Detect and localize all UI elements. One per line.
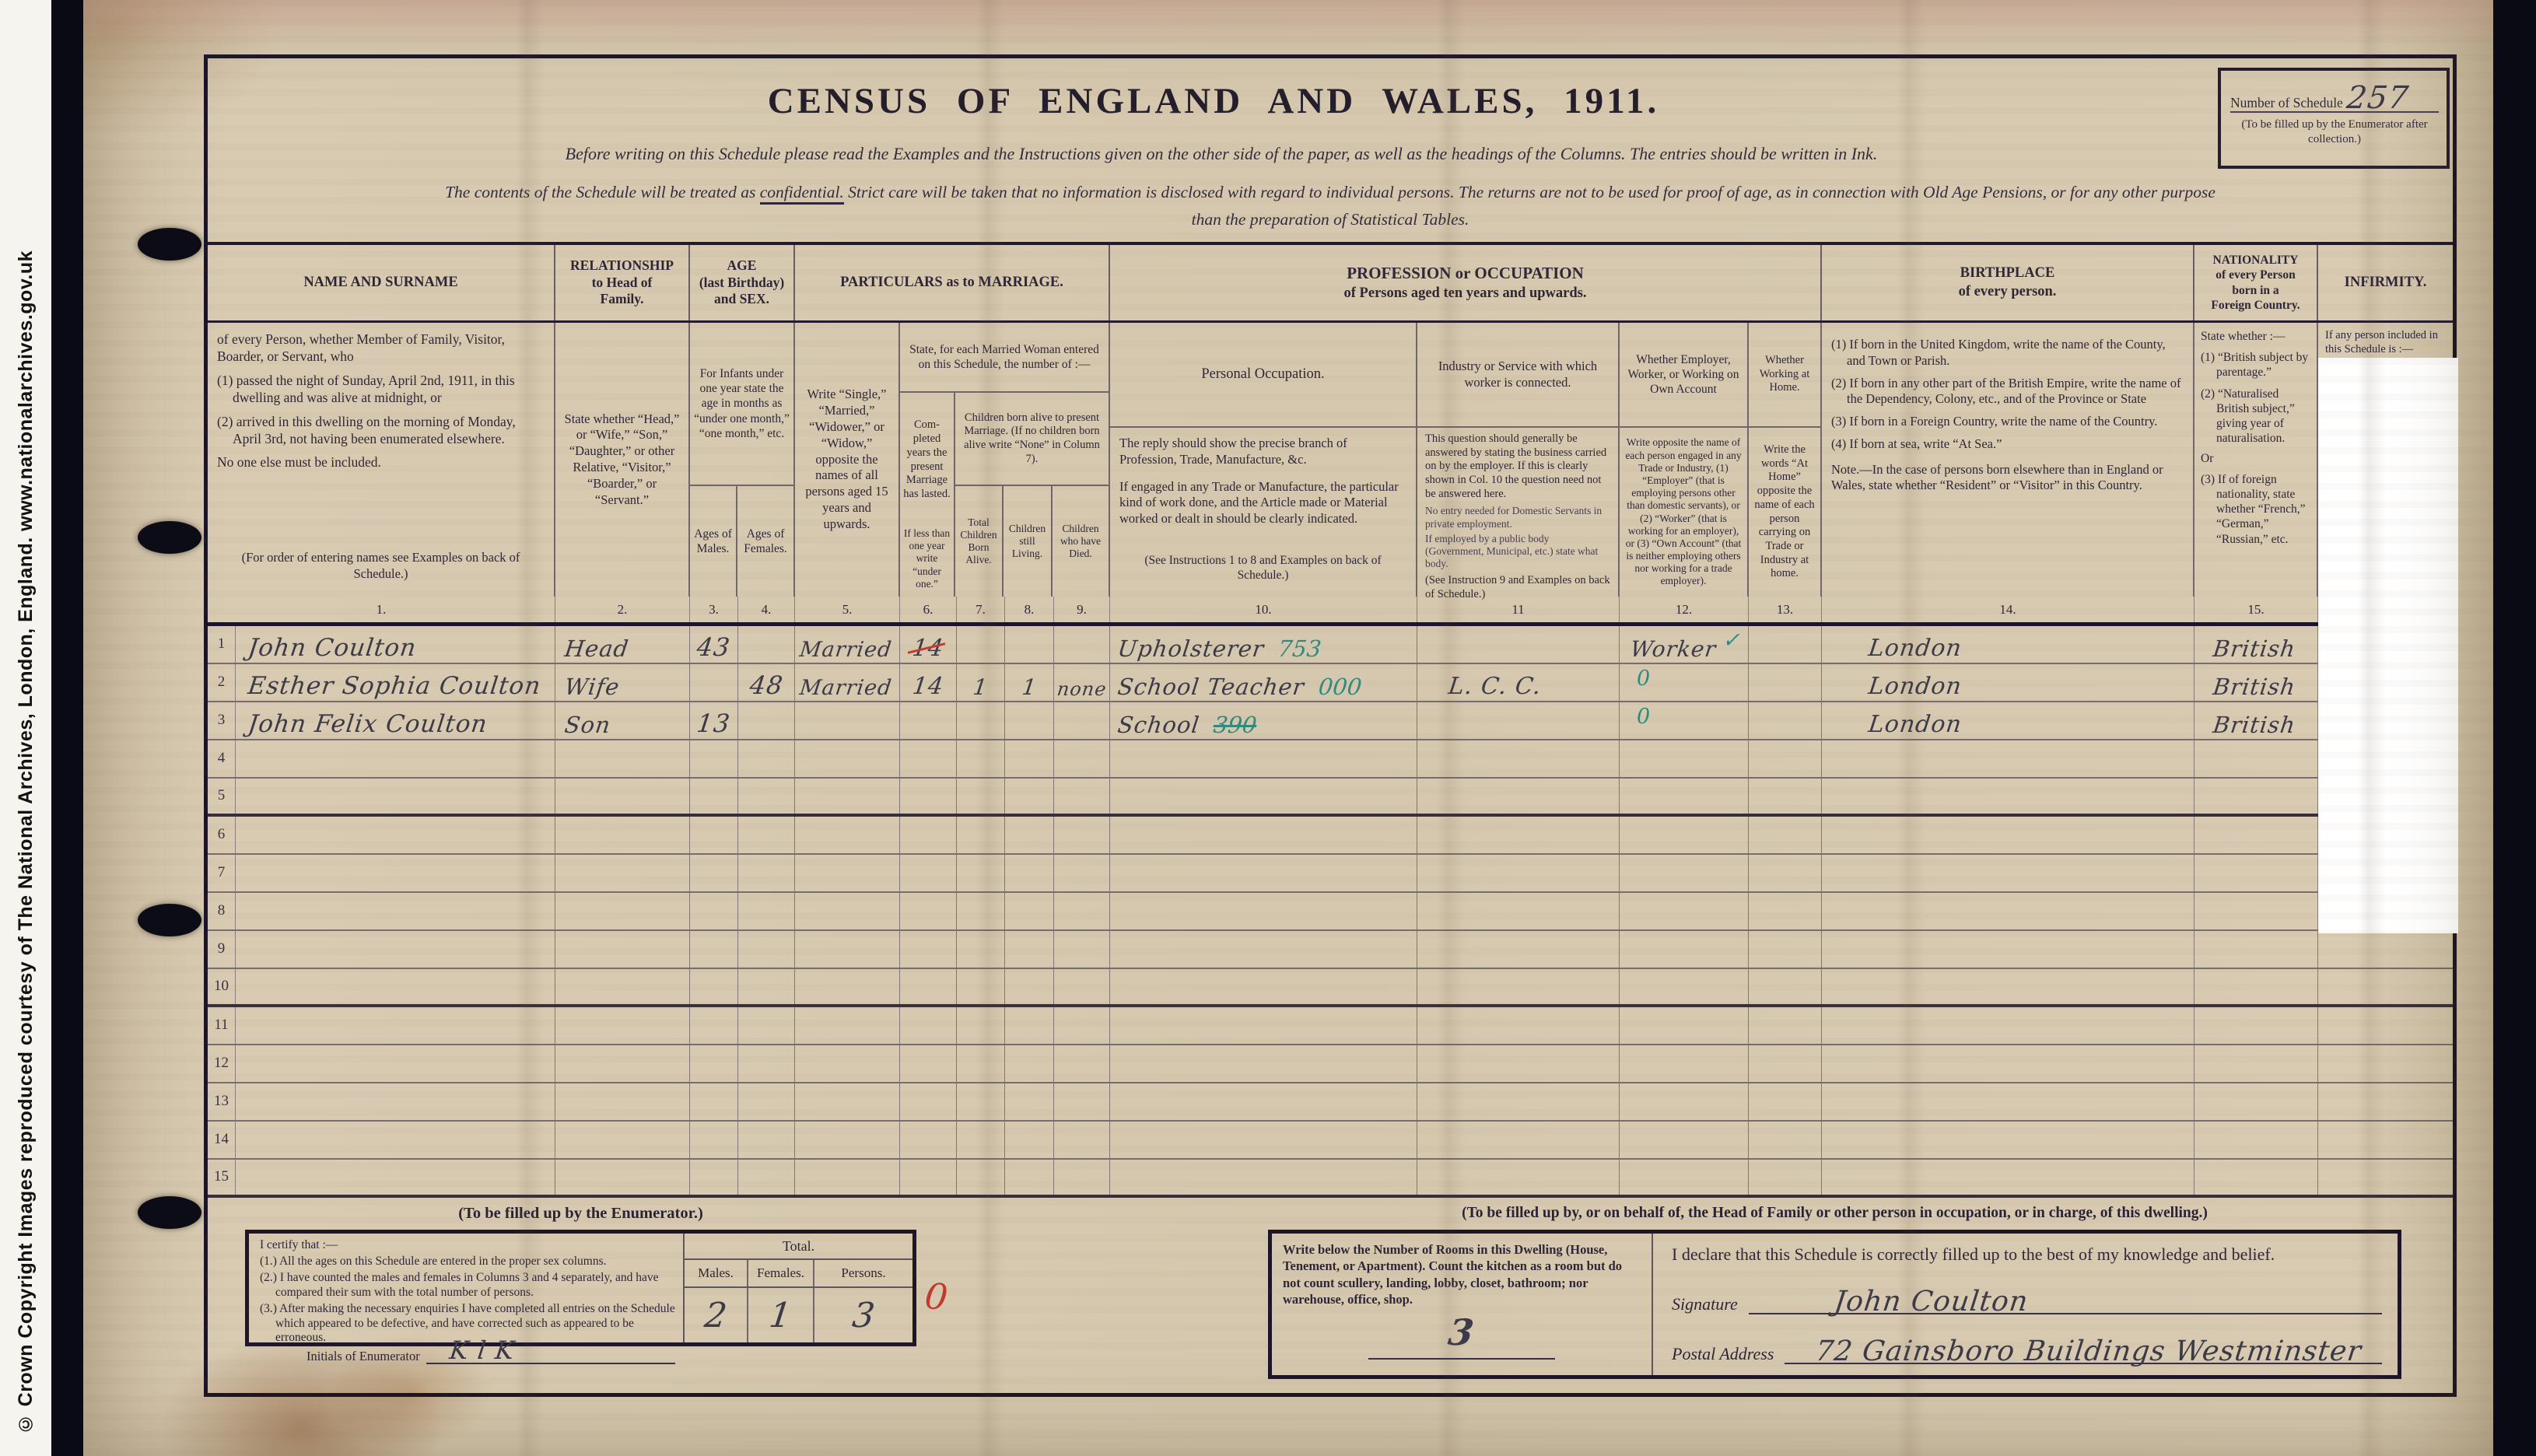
col-num-11: 11 [1417, 597, 1620, 622]
cell-age-female: 48 [748, 670, 784, 700]
census-paper: CENSUS OF ENGLAND AND WALES, 1911. Numbe… [83, 0, 2493, 1456]
punch-hole [138, 904, 201, 936]
females-label: Females. [748, 1260, 814, 1286]
desc-home-body: Write the words “At Home” opposite the n… [1749, 428, 1820, 597]
cell-age-male: 13 [695, 709, 732, 738]
col-num-12: 12. [1620, 597, 1749, 622]
table-rows: 1 John Coulton Head 43 Married 14 Uphols… [208, 626, 2453, 1198]
initials-value: K l K [447, 1335, 516, 1366]
rooms-value: 3 [1446, 1310, 1477, 1356]
persons-value: 3 [849, 1296, 877, 1335]
table-row: 13 [208, 1083, 2453, 1122]
signature-row: Signature John Coulton [1672, 1291, 2382, 1314]
cell-occupation: Upholsterer [1116, 635, 1266, 662]
desc-birth-i1: (1) If born in the United Kingdom, write… [1831, 337, 2184, 369]
desc-nat-i1: (1) “British subject by parentage.” [2201, 350, 2310, 380]
desc-nat-p1: State whether :— [2201, 329, 2310, 344]
household-box: Write below the Number of Rooms in this … [1268, 1230, 2401, 1379]
cell-industry: L. C. C. [1447, 673, 1543, 700]
scan-edge-left [51, 0, 83, 1456]
cell-infirmity [2318, 1122, 2453, 1158]
postal-address-value: 72 Gainsboro Buildings Westminster [1814, 1335, 2364, 1367]
col-num-13: 13. [1749, 597, 1822, 622]
cell-occupation: School Teacher [1116, 674, 1306, 700]
table-row: 15 [208, 1160, 2453, 1198]
cell-name: John Felix Coulton [247, 710, 489, 738]
row-number: 1 [208, 626, 236, 663]
enumerator-section-header: (To be filled up by the Enumerator.) [245, 1205, 916, 1223]
desc-age-infants: For Infants under one year state the age… [690, 323, 793, 486]
cell-relationship: Wife [563, 674, 622, 700]
col-num-14: 14. [1822, 597, 2194, 622]
cell-employment-mark: 0 [1637, 705, 1650, 729]
cell-children-living: 1 [1021, 674, 1039, 700]
schedule-number-label: Number of Schedule [2230, 95, 2343, 111]
row-number: 5 [208, 779, 236, 814]
enumerator-totals: Total. Males. Females. Persons. 2 1 3 [685, 1234, 912, 1342]
confidential-line2: than the preparation of Statistical Tabl… [215, 210, 2445, 229]
table-row: 6 [208, 817, 2453, 855]
col-num-5: 5. [795, 597, 900, 622]
row-number: 9 [208, 931, 236, 968]
row-number: 7 [208, 855, 236, 891]
row-number: 2 [208, 664, 236, 701]
row-number: 13 [208, 1083, 236, 1120]
desc-relationship: State whether “Head,” or “Wife,” “Son,” … [555, 323, 690, 597]
desc-children-living: Children still Living. [1004, 486, 1053, 597]
desc-home: Whether Working at Home. Write the words… [1749, 323, 1822, 597]
desc-occ-p2: If engaged in any Trade or Manufacture, … [1119, 479, 1406, 527]
signature-label: Signature [1672, 1294, 1738, 1314]
redaction-box [2318, 358, 2458, 933]
desc-industry-body: This question should generally be answer… [1417, 428, 1618, 597]
cell-infirmity [2318, 1045, 2453, 1082]
desc-ind-p2: No entry needed for Domestic Servants in… [1425, 505, 1610, 530]
certify-intro: I certify that :— [260, 1238, 675, 1253]
col-num-1: 1. [208, 597, 555, 622]
desc-name-p2: No one else must be included. [217, 453, 545, 471]
cell-occupation: School [1116, 712, 1201, 738]
row-number: 10 [208, 969, 236, 1004]
table-row: 10 [208, 969, 2453, 1007]
desc-industry: Industry or Service with which worker is… [1417, 323, 1620, 597]
col-num-3: 3. [690, 597, 738, 622]
desc-nationality: State whether :— (1) “British subject by… [2194, 323, 2318, 597]
enumerator-certify: I certify that :— (1.) All the ages on t… [249, 1234, 685, 1342]
desc-occupation-body: The reply should show the precise branch… [1110, 428, 1416, 597]
confidential-word: confidential. [760, 183, 844, 205]
table-row: 11 [208, 1007, 2453, 1045]
cell-occupation-code: 390 [1212, 712, 1258, 738]
desc-children-died: Children who have Died. [1053, 486, 1109, 597]
declaration-text: I declare that this Schedule is correctl… [1672, 1244, 2382, 1265]
cell-marriage-years: 14 [911, 635, 945, 662]
cell-employment-mark: 0 [1637, 667, 1650, 691]
row-number: 11 [208, 1007, 236, 1044]
cell-marriage-years: 14 [911, 673, 945, 700]
row-number: 4 [208, 740, 236, 777]
persons-label: Persons. [814, 1260, 912, 1286]
desc-industry-head: Industry or Service with which worker is… [1417, 323, 1618, 428]
col-num-6: 6. [900, 597, 957, 622]
schedule-number-box: Number of Schedule 257 (To be filled up … [2218, 68, 2450, 169]
cell-nationality: British [2212, 635, 2297, 662]
col-num-2: 2. [555, 597, 690, 622]
schedule-form: CENSUS OF ENGLAND AND WALES, 1911. Numbe… [204, 54, 2457, 1397]
desc-marriage-state: State, for each Married Woman entered on… [900, 323, 1109, 393]
desc-years-small: If less than one year write “under one.” [900, 527, 954, 597]
rooms-value-line: 3 [1368, 1310, 1555, 1360]
desc-ind-p1: This question should generally be answer… [1425, 432, 1610, 501]
rooms-note: Write below the Number of Rooms in this … [1283, 1241, 1641, 1308]
cell-birthplace: London [1867, 635, 1963, 662]
cell-infirmity [2318, 1160, 2453, 1195]
desc-marital: Write “Single,” “Married,” “Widower,” or… [795, 323, 900, 597]
postal-address-label: Postal Address [1672, 1344, 1774, 1364]
copyright-strip: © Crown Copyright Images reproduced cour… [0, 0, 51, 1456]
desc-name-i2: (2) arrived in this dwelling on the morn… [217, 413, 545, 448]
header-marriage: PARTICULARS as to MARRIAGE. [795, 245, 1110, 320]
table-row: 14 [208, 1122, 2453, 1160]
desc-age-females: Ages of Females. [737, 486, 793, 597]
table-row: 2 Esther Sophia Coulton Wife 48 Married … [208, 664, 2453, 702]
desc-children-total: Total Children Born Alive. [955, 486, 1004, 597]
row-number: 8 [208, 893, 236, 929]
cell-employment: Worker [1629, 636, 1718, 662]
desc-name-p1: of every Person, whether Member of Famil… [217, 331, 545, 366]
desc-marriage-years: Com- pleted years the present Marriage h… [900, 393, 955, 597]
enumerator-box: I certify that :— (1.) All the ages on t… [245, 1230, 916, 1346]
desc-birth-i2: (2) If born in any other part of the Bri… [1831, 376, 2184, 408]
desc-ind-p3: If employed by a public body (Government… [1425, 533, 1610, 571]
desc-birth-i3: (3) If born in a Foreign Country, write … [1831, 414, 2184, 430]
schedule-number-value: 257 [2345, 80, 2411, 116]
desc-nat-or: Or [2201, 451, 2310, 466]
census-scan-page: { "sidebar": { "copyright": "© Crown Cop… [0, 0, 2536, 1456]
enumerator-initials-line: Initials of Enumerator K l K [260, 1346, 675, 1364]
header-infirmity: INFIRMITY. [2318, 245, 2453, 320]
header-birthplace: BIRTHPLACE of every person. [1822, 245, 2194, 320]
confidential-post: Strict care will be taken that no inform… [844, 183, 2215, 201]
cell-birthplace: London [1867, 711, 1963, 738]
desc-employment: Whether Employer, Worker, or Working on … [1620, 323, 1749, 597]
form-title: CENSUS OF ENGLAND AND WALES, 1911. [231, 80, 2196, 122]
header-profession-sub: of Persons aged ten years and upwards. [1344, 284, 1587, 303]
header-nationality: NATIONALITY of every Person born in a Fo… [2194, 245, 2318, 320]
declaration-cell: I declare that this Schedule is correctl… [1653, 1234, 2398, 1375]
household-section-header: (To be filled up by, or on behalf of, th… [1268, 1205, 2401, 1222]
row-number: 6 [208, 817, 236, 853]
males-value: 2 [702, 1296, 729, 1335]
row-number: 14 [208, 1122, 236, 1158]
cell-marital: Married [798, 638, 893, 662]
header-relationship: RELATIONSHIP to Head of Family. [555, 245, 690, 320]
cell-occupation-code: 000 [1317, 674, 1363, 700]
cell-children-born: 1 [972, 674, 990, 700]
certify-2: (2.) I have counted the males and female… [260, 1271, 675, 1300]
copyright-text: © Crown Copyright Images reproduced cour… [15, 250, 37, 1456]
cell-infirmity [2318, 1083, 2453, 1120]
cell-infirmity [2318, 969, 2453, 1004]
confidential-paragraph: The contents of the Schedule will be tre… [215, 183, 2445, 229]
desc-nat-i2: (2) “Naturalised British subject,” givin… [2201, 387, 2310, 446]
red-check-zero: 0 [923, 1275, 950, 1319]
cell-birthplace: London [1867, 673, 1963, 700]
signature-value: John Coulton [1832, 1286, 2030, 1318]
cell-nationality: British [2212, 674, 2297, 700]
table-row: 4 [208, 740, 2453, 779]
males-label: Males. [685, 1260, 748, 1286]
table-row: 12 [208, 1045, 2453, 1083]
desc-birthplace: (1) If born in the United Kingdom, write… [1822, 323, 2194, 597]
col-num-9: 9. [1054, 597, 1110, 622]
header-age: AGE (last Birthday) and SEX. [690, 245, 795, 320]
desc-birth-i4: (4) If born at sea, write “At Sea.” [1831, 436, 2184, 453]
desc-occ-p1: The reply should show the precise branch… [1119, 436, 1406, 468]
header-profession: PROFESSION or OCCUPATION of Persons aged… [1110, 245, 1822, 320]
table-header-descriptions: of every Person, whether Member of Famil… [208, 323, 2453, 597]
col-num-8: 8. [1005, 597, 1054, 622]
column-number-strip: 1. 2. 3. 4. 5. 6. 7. 8. 9. 10. 11 12. 13… [208, 597, 2453, 626]
cell-occupation-code: 753 [1277, 635, 1322, 662]
table-row: 1 John Coulton Head 43 Married 14 Uphols… [208, 626, 2453, 664]
row-number: 3 [208, 702, 236, 739]
postal-address-row: Postal Address 72 Gainsboro Buildings We… [1672, 1341, 2382, 1364]
desc-birth-note: Note.—In the case of persons born elsewh… [1831, 462, 2184, 495]
desc-occ-p3: (See Instructions 1 to 8 and Examples on… [1119, 553, 1406, 589]
table-header-titles: NAME AND SURNAME RELATIONSHIP to Head of… [208, 245, 2453, 323]
cell-relationship: Son [563, 712, 612, 738]
cell-nationality: British [2212, 712, 2297, 738]
totals-header: Total. [685, 1234, 912, 1260]
cell-marital: Married [798, 676, 893, 700]
punch-hole [138, 521, 201, 554]
intro-paragraph: Before writing on this Schedule please r… [254, 144, 2188, 164]
schedule-number-note: (To be filled up by the Enumerator after… [2230, 117, 2439, 147]
col-num-10: 10. [1110, 597, 1417, 622]
schedule-number-line: Number of Schedule 257 [2230, 82, 2439, 113]
punch-hole [138, 1196, 201, 1229]
females-value: 1 [767, 1296, 794, 1335]
desc-home-head: Whether Working at Home. [1749, 323, 1820, 428]
desc-inf-p1: If any person included in this Schedule … [2325, 329, 2446, 356]
header-name: NAME AND SURNAME [208, 245, 555, 320]
row-number: 12 [208, 1045, 236, 1082]
certify-1: (1.) All the ages on this Schedule are e… [260, 1255, 675, 1269]
rooms-cell: Write below the Number of Rooms in this … [1272, 1234, 1653, 1375]
row-number: 15 [208, 1160, 236, 1195]
table-row: 7 [208, 855, 2453, 893]
desc-name-p3: (For order of entering names see Example… [217, 550, 545, 589]
header-profession-title: PROFESSION or OCCUPATION [1347, 263, 1584, 284]
desc-age-males: Ages of Males. [690, 486, 737, 597]
desc-occupation: Personal Occupation. The reply should sh… [1110, 323, 1417, 597]
desc-occupation-head: Personal Occupation. [1110, 323, 1416, 428]
col-num-7: 7. [957, 597, 1005, 622]
cell-employment-mark: ✓ [1722, 628, 1740, 653]
punch-hole [138, 228, 201, 261]
col-num-4: 4. [738, 597, 795, 622]
table-row: 5 [208, 779, 2453, 817]
cell-age-male: 43 [695, 632, 732, 662]
cell-children-died: none [1056, 678, 1108, 700]
census-table: NAME AND SURNAME RELATIONSHIP to Head of… [208, 242, 2453, 1198]
confidential-pre: The contents of the Schedule will be tre… [445, 183, 760, 201]
table-row: 8 [208, 893, 2453, 931]
cell-infirmity [2318, 1007, 2453, 1044]
table-row: 3 John Felix Coulton Son 13 School390 0 … [208, 702, 2453, 740]
cell-name: Esther Sophia Coulton [247, 672, 543, 700]
desc-years-main: Com- pleted years the present Marriage h… [900, 393, 954, 527]
desc-employment-body: Write opposite the name of each person e… [1620, 428, 1747, 597]
col-num-15: 15. [2194, 597, 2318, 622]
desc-age: For Infants under one year state the age… [690, 323, 795, 597]
cell-relationship: Head [563, 635, 630, 662]
scan-edge-right [2493, 0, 2536, 1456]
desc-name-i1: (1) passed the night of Sunday, April 2n… [217, 372, 545, 407]
desc-nat-i3: (3) If of foreign nationality, state whe… [2201, 472, 2310, 547]
desc-name: of every Person, whether Member of Famil… [208, 323, 555, 597]
initials-label: Initials of Enumerator [306, 1349, 420, 1364]
desc-children-head: Children born alive to present Marriage.… [955, 393, 1109, 486]
desc-marriage-group: State, for each Married Woman entered on… [900, 323, 1110, 597]
cell-infirmity [2318, 931, 2453, 968]
table-row: 9 [208, 931, 2453, 969]
desc-employment-head: Whether Employer, Worker, or Working on … [1620, 323, 1747, 428]
cell-name: John Coulton [247, 634, 419, 662]
